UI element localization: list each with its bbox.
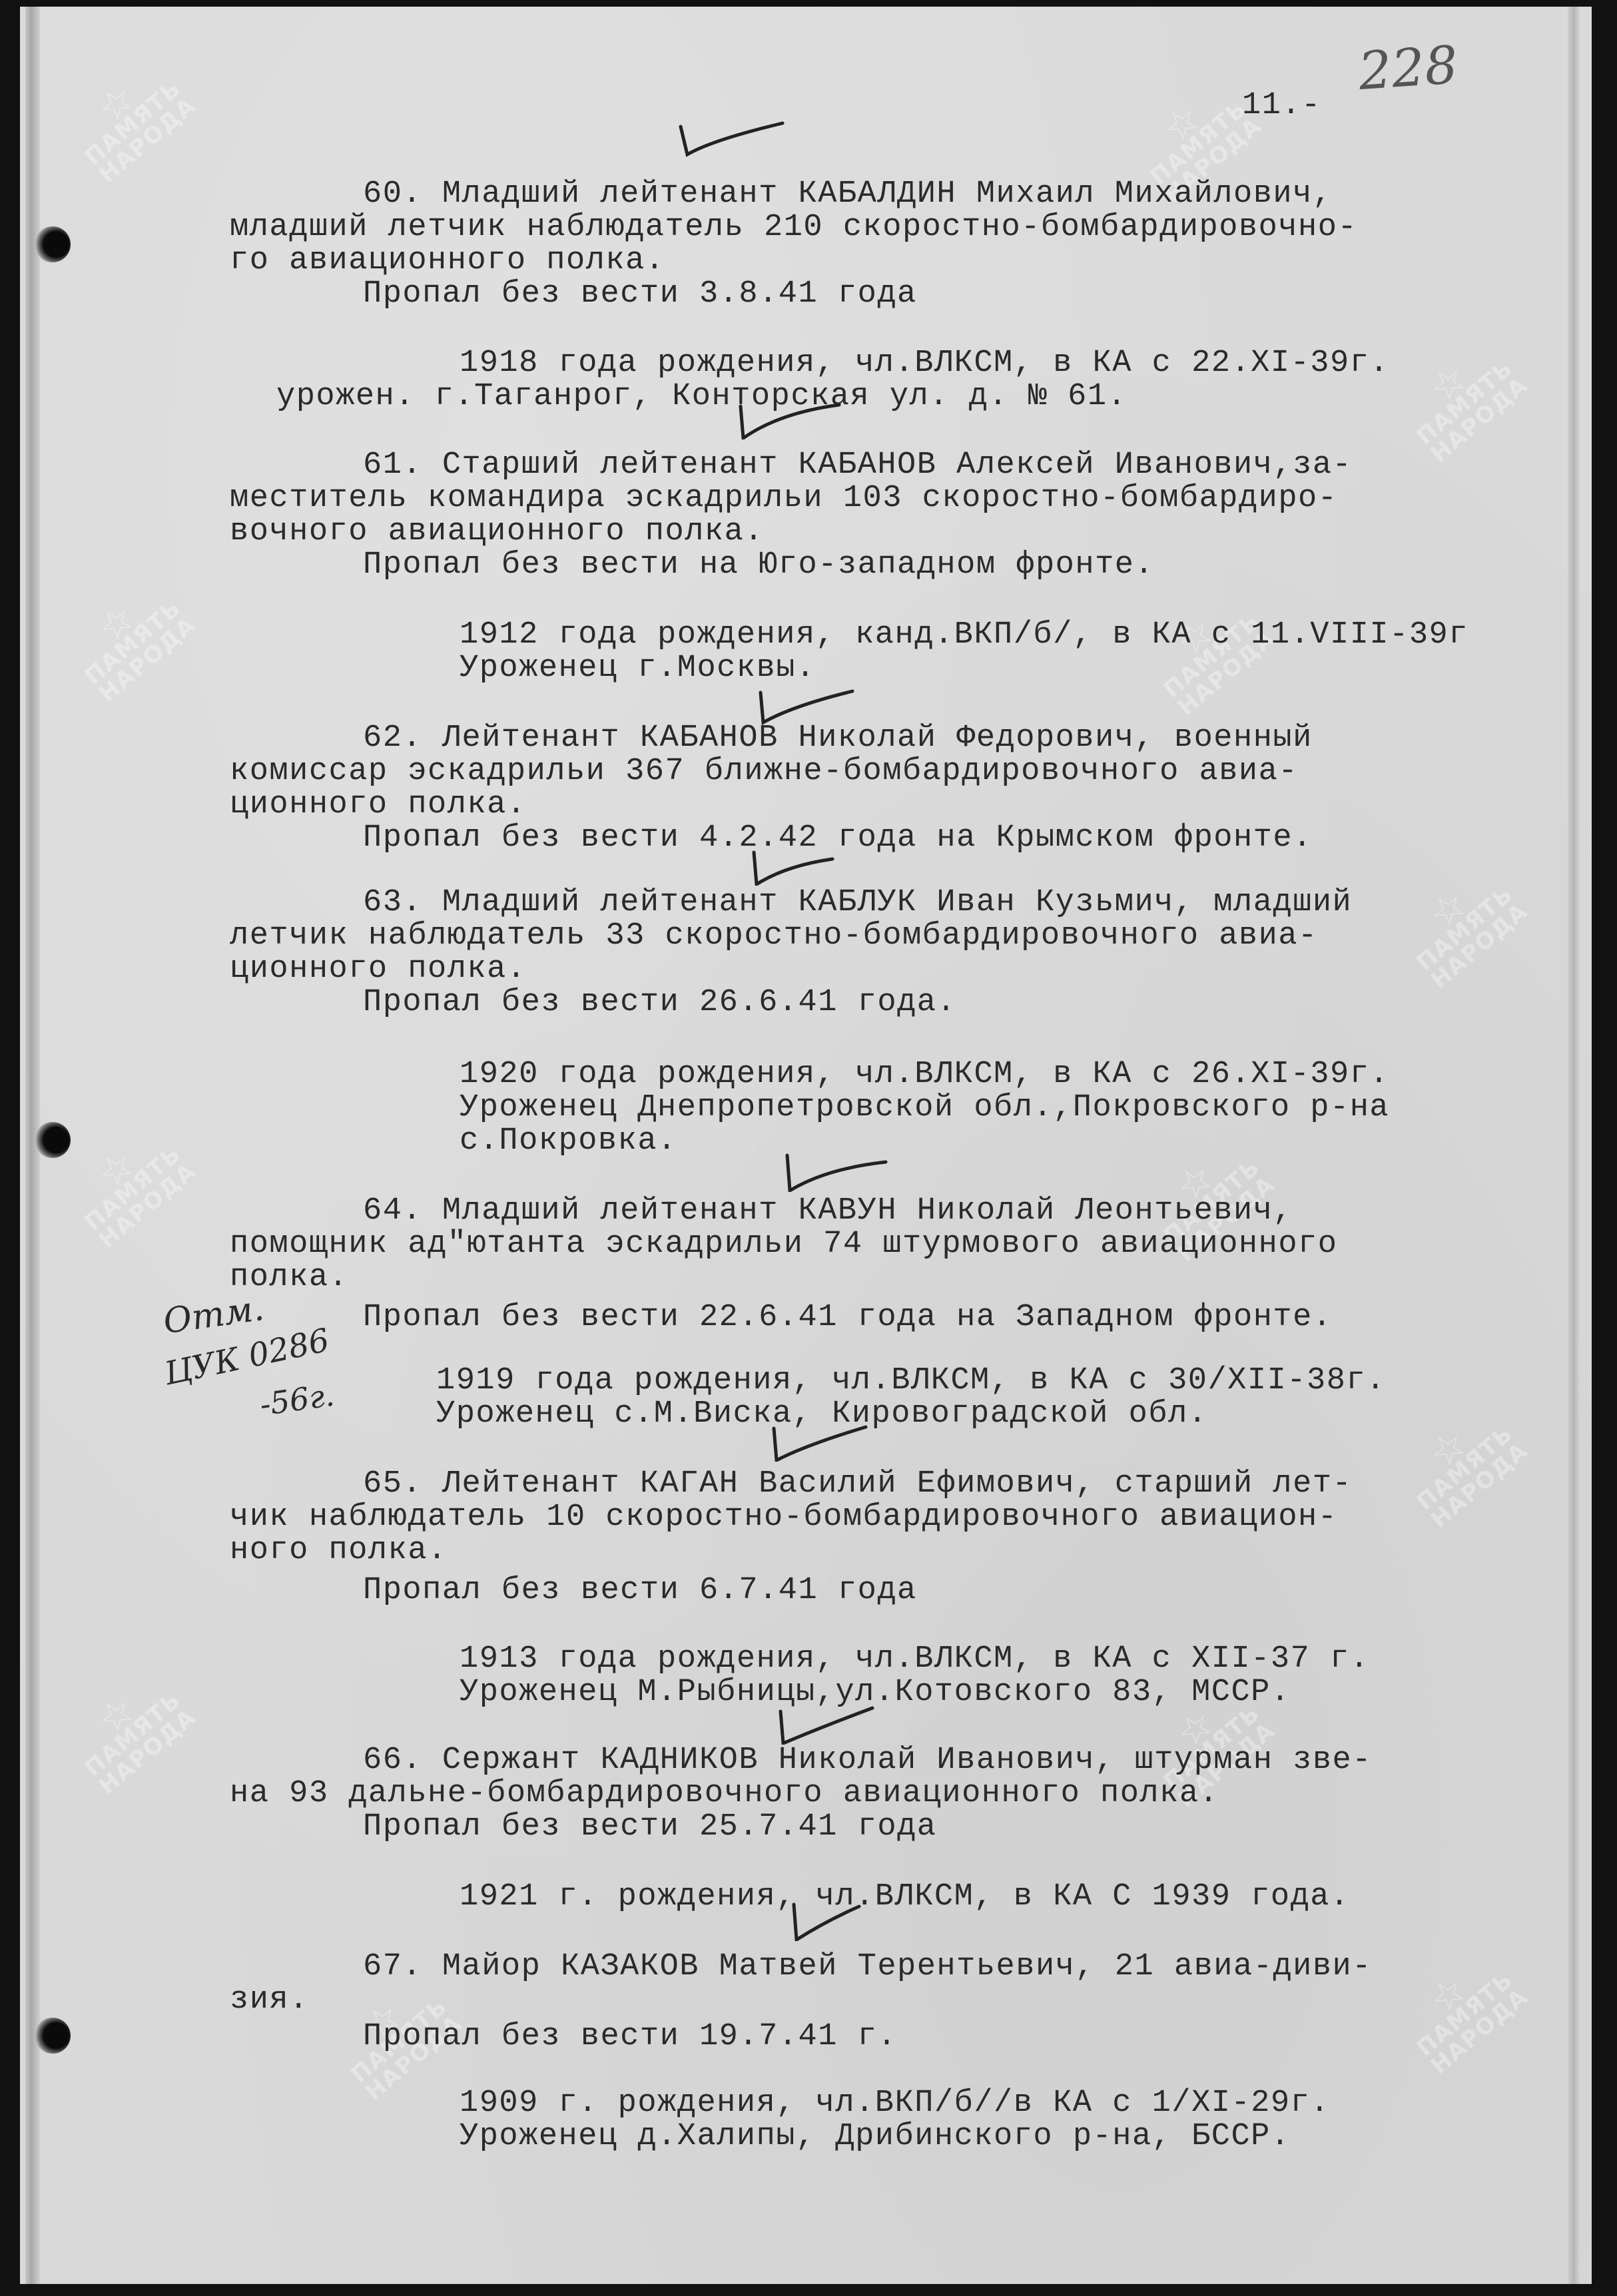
entry-60-missing: Пропал без вести 3.8.41 года (363, 278, 917, 310)
star-icon: ☆ (1397, 1948, 1502, 2041)
entry-63-bio-3: с.Покровка. (460, 1125, 677, 1157)
watermark: ☆ПАМЯТЬНАРОДА (1397, 862, 1532, 992)
entry-67-bio-1: 1909 г. рождения, чл.ВКП/б//в КА с 1/XI-… (460, 2088, 1330, 2120)
checkmark-icon (779, 1152, 892, 1192)
entry-63-bio-2: Уроженец Днепропетровской обл.,Покровско… (460, 1092, 1389, 1124)
star-icon: ☆ (1397, 1402, 1502, 1495)
watermark: ☆ПАМЯТЬНАРОДА (65, 57, 200, 186)
star-icon: ☆ (65, 57, 170, 150)
star-icon: ☆ (65, 1122, 170, 1215)
checkmark-icon (673, 120, 786, 160)
entry-64-line-3: полка. (230, 1262, 348, 1294)
star-icon: ☆ (1397, 862, 1502, 956)
star-icon: ☆ (65, 1668, 170, 1761)
entry-62-line-3: ционного полка. (230, 789, 527, 821)
entry-61-line-1: 61. Старший лейтенант КАБАНОВ Алексей Ив… (363, 449, 1352, 481)
entry-64-missing: Пропал без вести 22.6.41 года на Западно… (363, 1302, 1333, 1334)
entry-64-bio-1: 1919 года рождения, чл.ВЛКСМ, в КА с 30/… (436, 1365, 1386, 1397)
checkmark-icon (733, 400, 846, 439)
entry-65-bio-1: 1913 года рождения, чл.ВЛКСМ, в КА с XII… (460, 1643, 1369, 1675)
entry-61-missing: Пропал без вести на Юго-западном фронте. (363, 549, 1154, 581)
checkmark-icon (786, 1901, 899, 1941)
entry-64-line-1: 64. Младший лейтенант КАВУН Николай Леон… (363, 1195, 1293, 1227)
punch-hole (35, 226, 71, 262)
entry-63-bio-1: 1920 года рождения, чл.ВЛКСМ, в КА с 26.… (460, 1059, 1389, 1091)
star-icon: ☆ (1130, 77, 1235, 170)
entry-67-missing: Пропал без вести 19.7.41 г. (363, 2021, 897, 2053)
entry-64-line-2: помощник ад"ютанта эскадрильи 74 штурмов… (230, 1229, 1337, 1261)
watermark: ☆ПАМЯТЬНАРОДА (1143, 589, 1279, 719)
entry-61-bio-1: 1912 года рождения, канд.ВКП/б/, в КА с … (460, 619, 1468, 651)
checkmark-icon (746, 846, 859, 886)
checkmark-icon (753, 686, 866, 726)
watermark: ☆ПАМЯТЬНАРОДА (65, 1668, 200, 1798)
entry-60-bio-2: урожен. г.Таганрог, Конторская ул. д. № … (276, 381, 1127, 413)
entry-63-line-1: 63. Младший лейтенант КАБЛУК Иван Кузьми… (363, 887, 1352, 919)
typed-page-number: 11.- (1242, 90, 1321, 122)
entry-66-missing: Пропал без вести 25.7.41 года (363, 1811, 936, 1843)
watermark: ☆ПАМЯТЬНАРОДА (1397, 1402, 1532, 1532)
checkmark-icon (773, 1705, 886, 1745)
watermark: ☆ПАМЯТЬНАРОДА (1397, 336, 1532, 466)
punch-hole (35, 2018, 71, 2054)
checkmark-icon (766, 1422, 879, 1462)
page-edge-right (1568, 7, 1580, 2284)
entry-63-line-2: летчик наблюдатель 33 скоростно-бомбарди… (230, 920, 1318, 952)
entry-67-line-2: зия. (230, 1984, 309, 2016)
entry-60-line-3: го авиационного полка. (230, 245, 665, 277)
entry-65-line-1: 65. Лейтенант КАГАН Василий Ефимович, ст… (363, 1468, 1352, 1500)
watermark: ☆ПАМЯТЬНАРОДА (1397, 1948, 1532, 2078)
entry-63-missing: Пропал без вести 26.6.41 года. (363, 987, 956, 1019)
star-icon: ☆ (1397, 336, 1502, 430)
entry-61-bio-2: Уроженец г.Москвы. (460, 653, 816, 685)
watermark: ☆ПАМЯТЬНАРОДА (65, 1122, 200, 1252)
entry-62-line-2: комиссар эскадрильи 367 ближне-бомбардир… (230, 756, 1298, 788)
entry-65-bio-2: Уроженец М.Рыбницы,ул.Котовского 83, МСС… (460, 1677, 1291, 1709)
entry-66-bio-1: 1921 г. рождения, чл.ВЛКСМ, в КА С 1939 … (460, 1881, 1350, 1913)
entry-65-missing: Пропал без вести 6.7.41 года (363, 1575, 917, 1607)
entry-60-line-2: младший летчик наблюдатель 210 скоростно… (230, 212, 1357, 244)
entry-60-line-1: 60. Младший лейтенант КАБАЛДИН Михаил Ми… (363, 178, 1333, 210)
entry-65-line-2: чик наблюдатель 10 скоростно-бомбардиров… (230, 1502, 1337, 1534)
punch-hole (35, 1122, 71, 1158)
entry-63-line-3: ционного полка. (230, 954, 527, 986)
entry-67-line-1: 67. Майор КАЗАКОВ Матвей Терентьевич, 21… (363, 1951, 1372, 1983)
watermark: ☆ПАМЯТЬНАРОДА (65, 576, 200, 706)
star-icon: ☆ (65, 576, 170, 669)
handwritten-sheet-number: 228 (1357, 35, 1460, 102)
entry-66-line-2: на 93 дальне-бомбардировочного авиационн… (230, 1778, 1219, 1810)
entry-67-bio-2: Уроженец д.Халипы, Дрибинского р-на, БСС… (460, 2121, 1291, 2153)
entry-62-line-1: 62. Лейтенант КАБАНОВ Николай Федорович,… (363, 722, 1313, 754)
entry-61-line-3: вочного авиационного полка. (230, 516, 764, 548)
entry-65-line-3: ного полка. (230, 1535, 448, 1567)
entry-66-line-1: 66. Сержант КАДНИКОВ Николай Иванович, ш… (363, 1745, 1372, 1777)
entry-61-line-2: меститель командира эскадрильи 103 скоро… (230, 483, 1337, 515)
entry-60-bio-1: 1918 года рождения, чл.ВЛКСМ, в КА с 22.… (460, 348, 1389, 380)
